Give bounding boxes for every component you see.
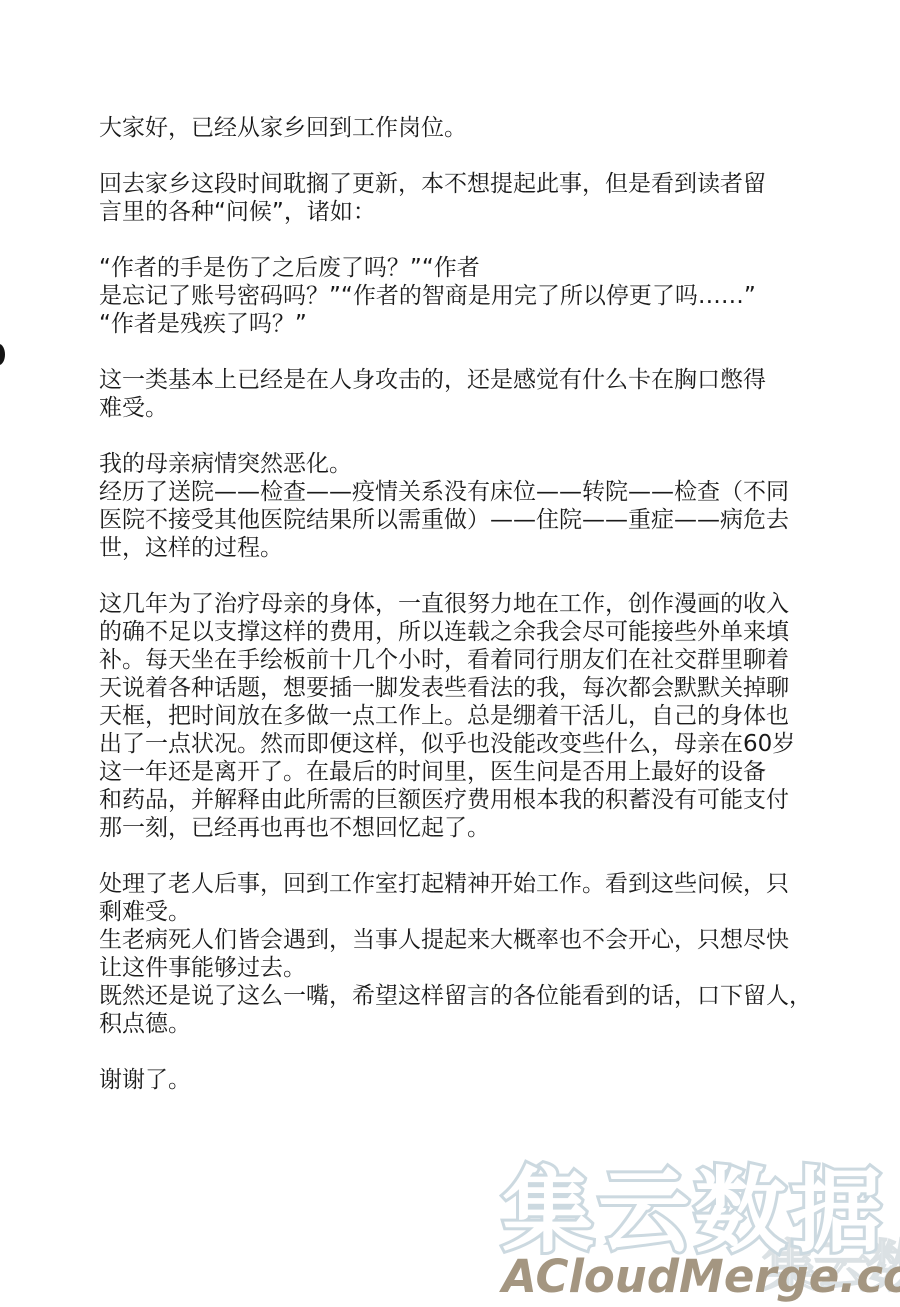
text-line: 和药品，并解释由此所需的巨额医疗费用根本我的积蓄没有可能支付 <box>99 786 812 814</box>
paragraph: 回去家乡这段时间耽搁了更新，本不想提起此事，但是看到读者留言里的各种“问候”，诸… <box>99 170 812 226</box>
text-line: 出了一点状况。然而即便这样，似乎也没能改变些什么，母亲在60岁 <box>99 730 812 758</box>
paragraph: 大家好，已经从家乡回到工作岗位。 <box>99 114 812 142</box>
text-line: 那一刻，已经再也再也不想回忆起了。 <box>99 814 812 842</box>
text-line: 是忘记了账号密码吗？”“作者的智商是用完了所以停更了吗……” <box>99 282 812 310</box>
paragraph: 这一类基本上已经是在人身攻击的，还是感觉有什么卡在胸口憋得难受。 <box>99 366 812 422</box>
text-line: 天说着各种话题，想要插一脚发表些看法的我，每次都会默默关掉聊 <box>99 674 812 702</box>
text-line: 这几年为了治疗母亲的身体，一直很努力地在工作，创作漫画的收入 <box>99 590 812 618</box>
text-line: 既然还是说了这么一嘴，希望这样留言的各位能看到的话，口下留人， <box>99 982 812 1010</box>
text-line: 经历了送院——检查——疫情关系没有床位——转院——检查（不同 <box>99 478 812 506</box>
text-line: 这一类基本上已经是在人身攻击的，还是感觉有什么卡在胸口憋得 <box>99 366 812 394</box>
text-line: 医院不接受其他医院结果所以需重做）——住院——重症——病危去 <box>99 506 812 534</box>
text-line: 我的母亲病情突然恶化。 <box>99 450 812 478</box>
text-line: 世，这样的过程。 <box>99 534 812 562</box>
text-line: 难受。 <box>99 394 812 422</box>
paragraph: 我的母亲病情突然恶化。经历了送院——检查——疫情关系没有床位——转院——检查（不… <box>99 450 812 562</box>
notice-page: 大家好，已经从家乡回到工作岗位。回去家乡这段时间耽搁了更新，本不想提起此事，但是… <box>0 0 900 1307</box>
text-line: 生老病死人们皆会遇到，当事人提起来大概率也不会开心，只想尽快 <box>99 926 812 954</box>
text-line: 的确不足以支撑这样的费用，所以连载之余我会尽可能接些外单来填 <box>99 618 812 646</box>
watermark-site-url: ACloudMerge.com <box>502 1254 900 1299</box>
text-line: 大家好，已经从家乡回到工作岗位。 <box>99 114 812 142</box>
text-line: “作者是残疾了吗？” <box>99 310 812 338</box>
paragraph: 处理了老人后事，回到工作室打起精神开始工作。看到这些问候，只剩难受。生老病死人们… <box>99 870 812 1038</box>
watermark-brand-chinese: 集云数据 <box>502 1166 886 1258</box>
text-line: 处理了老人后事，回到工作室打起精神开始工作。看到这些问候，只 <box>99 870 812 898</box>
paragraph: 谢谢了。 <box>99 1066 812 1094</box>
text-line: 积点德。 <box>99 1010 812 1038</box>
text-line: 剩难受。 <box>99 898 812 926</box>
watermark-ghost-text: 集云数据 <box>762 1240 900 1296</box>
notice-text: 大家好，已经从家乡回到工作岗位。回去家乡这段时间耽搁了更新，本不想提起此事，但是… <box>99 114 812 1122</box>
text-line: 天框，把时间放在多做一点工作上。总是绷着干活儿，自己的身体也 <box>99 702 812 730</box>
text-line: 让这件事能够过去。 <box>99 954 812 982</box>
paragraph: 这几年为了治疗母亲的身体，一直很努力地在工作，创作漫画的收入的确不足以支撑这样的… <box>99 590 812 842</box>
text-line: 补。每天坐在手绘板前十几个小时，看着同行朋友们在社交群里聊着 <box>99 646 812 674</box>
paragraph: “作者的手是伤了之后废了吗？”“作者是忘记了账号密码吗？”“作者的智商是用完了所… <box>99 254 812 338</box>
text-line: 这一年还是离开了。在最后的时间里，医生问是否用上最好的设备 <box>99 758 812 786</box>
text-line: 谢谢了。 <box>99 1066 812 1094</box>
text-line: “作者的手是伤了之后废了吗？”“作者 <box>99 254 812 282</box>
text-line: 言里的各种“问候”，诸如： <box>99 198 812 226</box>
text-line: 回去家乡这段时间耽搁了更新，本不想提起此事，但是看到读者留 <box>99 170 812 198</box>
clipped-character-artifact <box>0 344 5 365</box>
